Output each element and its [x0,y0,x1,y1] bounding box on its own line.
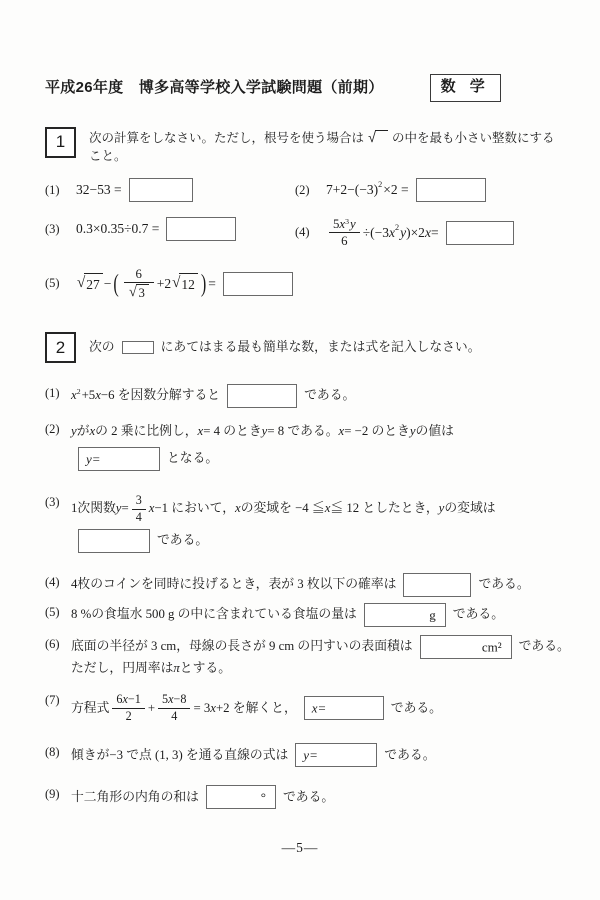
math-text: 12 [181,277,195,292]
math-text: の中を最も小さい整数にする [389,131,555,145]
math-text: = −2 のとき [344,422,410,441]
answer-box-label: y= [303,745,318,765]
fraction: 34 [132,494,146,524]
math-text: 4 [171,709,177,723]
denominator: 4 [158,709,190,724]
answer-box: g [364,603,446,627]
section-1: 1 次の計算をしなさい。ただし，根号を使う場合は √ の中を最も小さい整数にする… [45,127,574,306]
math-text: 1次関数 [71,499,116,518]
math-text: の変域は [444,499,495,518]
problem-line: 8 %の食塩水 500 g の中に含まれている食塩の量はgである。 [71,603,574,627]
problem-line: 十二角形の内角の和は°である。 [71,785,574,809]
math-text: 4 [136,510,142,524]
math-text: 2 [126,709,132,723]
math-text: 底面の半径が 3 cm，母線の長さが 9 cm の円すいの表面積は [71,637,413,656]
superscript: 2 [77,386,81,398]
math-text: −1 において， [154,499,235,518]
section-2-header: 2 次の にあてはまる最も簡単な数，または式を記入しなさい。 [45,332,574,363]
radicand: 12 [179,273,198,295]
superscript: 2 [395,222,399,234]
math-text: の変域を −4 ≦ [241,499,325,518]
math-text: の 2 乗に比例し， [95,422,197,441]
problem-2-6: (6) 底面の半径が 3 cm，母線の長さが 9 cm の円すいの表面積はcm²… [45,635,574,678]
problem-2-1: (1) x2+5x−6 を因数分解するとである。 [45,384,574,408]
fraction: 5x−84 [158,693,190,723]
problem-label: (5) [45,603,67,622]
math-text: ×2 = [383,180,408,200]
answer-box: ° [206,785,276,809]
answer-box-label: x= [312,698,327,718]
page-number: —5— [0,838,600,858]
math-text: の値は [416,422,454,441]
sqrt-radical: √12 [172,273,198,295]
math-text: 次の計算をしなさい。ただし，根号を使う場合は [89,131,367,145]
numerator: 3 [132,494,146,510]
exam-page: 平成26年度 博多高等学校入学試験問題（前期） 数 学 1 次の計算をしなさい。… [0,0,600,900]
answer-box [129,178,193,202]
answer-box [403,573,471,597]
math-text: ≦ 12 としたとき， [330,499,438,518]
section-2: 2 次の にあてはまる最も簡単な数，または式を記入しなさい。 (1) x2+5x… [45,332,574,809]
section-2-instructions: 次の にあてはまる最も簡単な数，または式を記入しなさい。 [89,336,481,360]
answer-box: x= [304,696,384,720]
problem-label: (9) [45,785,67,804]
problem-line: 傾きが−3 で点 (1, 3) を通る直線の式はy=である。 [71,743,574,767]
sqrt-radical: √ [368,130,388,144]
math-text: 傾きが−3 で点 (1, 3) を通る直線の式は [71,746,288,765]
problem-expression: 32−53 = [76,178,200,202]
answer-box-label: ° [261,787,266,807]
problem-expression: √27 −(6√3+2√12) = [76,267,300,301]
problem-label: (2) [295,181,317,200]
problem-1-5: (5) √27 −(6√3+2√12) = [45,267,574,301]
instruction-line: 次の計算をしなさい。ただし，根号を使う場合は √ の中を最も小さい整数にする [89,129,554,148]
problem-label: (4) [45,573,67,592]
section-1-instructions: 次の計算をしなさい。ただし，根号を使う場合は √ の中を最も小さい整数にする こ… [89,127,554,167]
problem-line: 底面の半径が 3 cm，母線の長さが 9 cm の円すいの表面積はcm²である。 [71,635,574,659]
s1-row-1: (1) 32−53 = (2) 7+2−(−3)2×2 = [45,178,574,205]
answer-box-label: y= [86,449,101,469]
denominator: 2 [112,709,144,724]
math-text: 27 [86,277,100,292]
math-text: = [431,223,439,243]
math-text: 3 [136,493,142,507]
answer-box [122,341,154,354]
math-text: +2 [157,274,171,294]
problem-line: である。 [71,529,574,553]
problem-1-2: (2) 7+2−(−3)2×2 = [295,178,493,202]
sqrt-radical: √3 [129,284,149,300]
math-text: 次の [89,338,115,357]
s1-row-2: (3) 0.3×0.35÷0.7 = (4) 5x3y6÷(−3x2y)×2x … [45,217,574,255]
math-variable: y [350,217,356,231]
denominator: 6 [329,233,360,248]
math-text: 0.3×0.35÷0.7 = [76,219,159,239]
problem-label: (2) [45,420,67,439]
math-text: 十二角形の内角の和は [71,788,199,807]
math-text: 4枚のコインを同時に投げるとき，表が 3 枚以下の確率は [71,575,396,594]
math-text: である。 [478,575,529,594]
exam-title: 平成26年度 博多高等学校入学試験問題（前期） [45,77,384,100]
math-text: 7+2−(−3) [326,180,378,200]
problem-2-4: (4) 4枚のコインを同時に投げるとき，表が 3 枚以下の確率はである。 [45,573,574,597]
radicand: 3 [136,284,149,300]
numerator: 5x−8 [158,693,190,709]
instruction-line: こと。 [89,147,554,166]
math-text: である。 [391,699,442,718]
answer-box [78,529,150,553]
answer-box: y= [295,743,377,767]
big-paren: ( [113,265,118,303]
problem-label: (3) [45,220,67,239]
section-1-number: 1 [45,127,76,158]
math-text: となる。 [167,449,218,468]
superscript: 2 [378,179,382,191]
problem-2-2: (2) y が x の 2 乗に比例し，x = 4 のとき y = 8 である。… [45,420,574,471]
math-text: = 8 である。 [267,422,338,441]
math-text: 8 %の食塩水 500 g の中に含まれている食塩の量は [71,605,357,624]
problem-line: 4枚のコインを同時に投げるとき，表が 3 枚以下の確率はである。 [71,573,574,597]
answer-box: y= [78,447,160,471]
page-header: 平成26年度 博多高等学校入学試験問題（前期） 数 学 [45,74,574,102]
math-text: = 4 のとき [203,422,261,441]
math-text: ただし，円周率は [71,659,173,678]
sqrt-radical: √27 [77,273,103,295]
math-text: である。 [453,605,504,624]
problem-line: y が x の 2 乗に比例し，x = 4 のとき y = 8 である。x = … [71,420,574,444]
answer-box: cm² [420,635,512,659]
numerator: 6 [124,267,154,283]
problem-expression: 5x3y6÷(−3x2y)×2x = [326,217,521,249]
answer-box [416,178,486,202]
fraction: 5x3y6 [329,217,360,249]
math-text: である。 [304,386,355,405]
math-text: が [77,422,90,441]
s1-row-3: (5) √27 −(6√3+2√12) = [45,267,574,305]
problem-label: (6) [45,635,67,654]
math-text: −6 を因数分解すると [101,386,220,405]
math-text: である。 [519,637,570,656]
answer-box [166,217,236,241]
math-text: = [121,499,128,518]
answer-box-label: cm² [482,637,502,657]
instruction-line: 次の にあてはまる最も簡単な数，または式を記入しなさい。 [89,336,481,360]
math-text: である。 [283,788,334,807]
problem-line: x2+5x−6 を因数分解するとである。 [71,384,574,408]
math-text: = [208,274,216,294]
subject-badge: 数 学 [430,74,501,102]
problem-2-7: (7) 方程式 6x−12 + 5x−84 = 3x+2 を解くと，x=である。 [45,691,574,725]
problem-2-3: (3) 1次関数 y = 34x−1 において，x の変域を −4 ≦ x ≦ … [45,493,574,553]
answer-box [223,272,293,296]
math-text: 6 [341,234,347,248]
problem-line: 方程式 6x−12 + 5x−84 = 3x+2 を解くと，x=である。 [71,691,574,725]
radicand: 27 [84,273,103,295]
problem-label: (4) [295,223,317,242]
math-text: +5 [82,386,96,405]
problem-2-8: (8) 傾きが−3 で点 (1, 3) を通る直線の式はy=である。 [45,743,574,767]
math-text: 6 [136,267,142,281]
problem-label: (7) [45,691,67,710]
math-text: −1 [128,692,141,706]
superscript: 3 [345,217,349,226]
section-2-number: 2 [45,332,76,363]
math-text: ÷(−3 [363,223,389,243]
math-text: )×2 [406,223,425,243]
problem-label: (1) [45,181,67,200]
numerator: 5x3y [329,217,360,233]
section-1-header: 1 次の計算をしなさい。ただし，根号を使う場合は √ の中を最も小さい整数にする… [45,127,574,167]
math-text: である。 [384,746,435,765]
math-text: 方程式 [71,699,109,718]
problem-label: (8) [45,743,67,762]
problem-expression: 0.3×0.35÷0.7 = [76,217,243,241]
answer-box-label: g [429,605,436,625]
problem-1-4: (4) 5x3y6÷(−3x2y)×2x = [295,217,521,249]
problem-expression: 7+2−(−3)2×2 = [326,178,493,202]
problem-line: ただし，円周率は π とする。 [71,659,574,678]
answer-box [446,221,514,245]
math-text: 32−53 = [76,180,122,200]
math-text: − [104,274,112,294]
math-text: + [148,699,155,718]
radicand [375,130,388,144]
problem-label: (1) [45,384,67,403]
numerator: 6x−1 [112,693,144,709]
problem-line: y=となる。 [71,447,574,471]
big-paren: ) [201,265,206,303]
denominator: 4 [132,510,146,525]
problem-2-9: (9) 十二角形の内角の和は°である。 [45,785,574,809]
fraction: 6√3 [124,267,154,301]
problem-2-5: (5) 8 %の食塩水 500 g の中に含まれている食塩の量はgである。 [45,603,574,627]
denominator: √3 [124,283,154,300]
math-text: 3 [139,286,145,300]
math-text: = 3 [193,699,210,718]
problem-label: (5) [45,274,67,293]
math-text: である。 [157,531,208,550]
problem-line: 1次関数 y = 34x−1 において，x の変域を −4 ≦ x ≦ 12 と… [71,493,574,525]
fraction: 6x−12 [112,693,144,723]
math-text: +2 を解くと， [216,699,297,718]
problem-label: (3) [45,493,67,512]
math-text: −8 [174,692,187,706]
math-text: にあてはまる最も簡単な数，または式を記入しなさい。 [161,338,481,357]
math-text: とする。 [180,659,231,678]
answer-box [227,384,297,408]
